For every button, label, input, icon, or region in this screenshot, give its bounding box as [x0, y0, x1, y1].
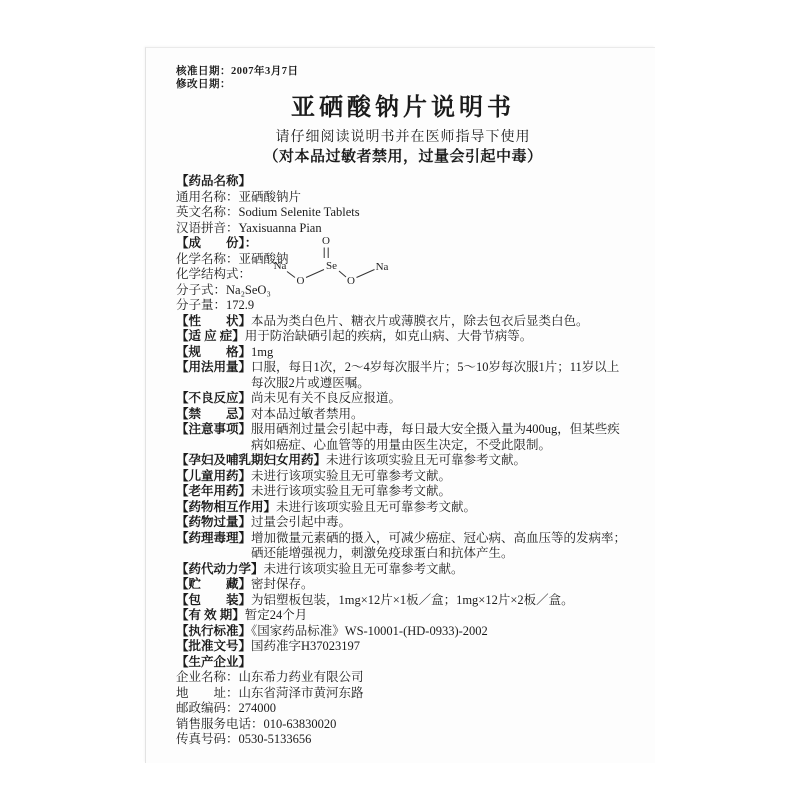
section-label: 【成 份】： [176, 236, 257, 250]
insert-entry: 通用名称：亚硒酸钠片 [176, 190, 630, 206]
insert-entry: 地 址：山东省菏泽市黄河东路 [176, 686, 630, 702]
insert-entry: 【用法用量】口服，每日1次，2～4岁每次服半片；5～10岁每次服1片；11岁以上… [176, 360, 630, 391]
usage-instruction: 请仔细阅读说明书并在医师指导下使用 [176, 129, 630, 147]
section-label: 【贮 藏】 [176, 577, 251, 591]
section-text: 邮政编码：274000 [176, 701, 276, 715]
insert-entry: 【药物相互作用】未进行该项实验且无可靠参考文献。 [176, 500, 630, 516]
section-text: 化学结构式： [176, 267, 251, 281]
section-label: 【用法用量】 [176, 360, 251, 374]
insert-entry: 【禁 忌】对本品过敏者禁用。 [176, 407, 630, 423]
section-label: 【禁 忌】 [176, 407, 251, 421]
insert-entry: 邮政编码：274000 [176, 701, 630, 717]
section-text: 暂定24个月 [245, 608, 308, 622]
atom-o-left: O [297, 275, 305, 287]
section-text: 口服，每日1次，2～4岁每次服半片；5～10岁每次服1片；11岁以上每次服2片或… [251, 360, 619, 390]
screenshot-root: { "colors": { "ink": "#1b1b1b", "page_bg… [0, 0, 800, 800]
section-label: 【有 效 期】 [176, 608, 245, 622]
atom-na-left: Na [274, 260, 287, 272]
atom-se: Se [326, 260, 337, 272]
section-text: 未进行该项实验且无可靠参考文献。 [251, 469, 451, 483]
insert-entry: 传真号码：0530-5133656 [176, 732, 630, 748]
section-text: 传真号码：0530-5133656 [176, 732, 311, 746]
section-text: 过量会引起中毒。 [251, 515, 351, 529]
insert-entry: 【药代动力学】未进行该项实验且无可靠参考文献。 [176, 562, 630, 578]
section-label: 【批准文号】 [176, 639, 251, 653]
allergy-warning: （对本品过敏者禁用，过量会引起中毒） [176, 147, 630, 167]
atom-o-top: O [322, 235, 330, 247]
section-text: 对本品过敏者禁用。 [251, 407, 364, 421]
section-label: 【药物相互作用】 [176, 500, 276, 514]
section-text: 未进行该项实验且无可靠参考文献。 [264, 562, 464, 576]
section-text: 增加微量元素硒的摄入，可减少癌症、冠心病、高血压等的发病率；硒还能增强视力，刺激… [251, 531, 626, 561]
bond-se-o-right [339, 271, 346, 277]
insert-entry: 【不良反应】尚未见有关不良反应报道。 [176, 391, 630, 407]
date-block: 核准日期：2007年3月7日 修改日期： [176, 66, 630, 91]
section-text: 用于防治缺硒引起的疾病，如克山病、大骨节病等。 [245, 329, 533, 343]
section-text: 分子量：172.9 [176, 298, 254, 312]
insert-entry: 【性 状】本品为类白色片、糖衣片或薄膜衣片，除去包衣后显类白色。 [176, 314, 630, 330]
section-text: 服用硒剂过量会引起中毒，每日最大安全摄入量为400ug，但某些疾病如癌症、心血管… [251, 422, 620, 452]
bond-o-right-na [357, 270, 375, 278]
section-label: 【不良反应】 [176, 391, 251, 405]
section-label: 【老年用药】 [176, 484, 251, 498]
insert-entry: 英文名称：Sodium Selenite Tablets [176, 205, 630, 221]
section-label: 【孕妇及哺乳期妇女用药】 [176, 453, 326, 467]
section-text: 国药准字H37023197 [251, 639, 360, 653]
section-text: 分子式：Na₂SeO₃ [176, 283, 271, 297]
insert-entry: 分子量：172.9 [176, 298, 630, 314]
section-label: 【药代动力学】 [176, 562, 264, 576]
insert-entry: 【有 效 期】暂定24个月 [176, 608, 630, 624]
section-text: 未进行该项实验且无可靠参考文献。 [276, 500, 476, 514]
insert-entry: 【药理毒理】增加微量元素硒的摄入，可减少癌症、冠心病、高血压等的发病率；硒还能增… [176, 531, 630, 562]
section-label: 【适 应 症】 [176, 329, 245, 343]
page-title: 亚硒酸钠片说明书 [176, 95, 630, 121]
insert-entry: 【生产企业】 [176, 655, 630, 671]
section-label: 【注意事项】 [176, 422, 251, 436]
section-text: 1mg [251, 345, 273, 359]
insert-entry: 【儿童用药】未进行该项实验且无可靠参考文献。 [176, 469, 630, 485]
section-label: 【药品名称】 [176, 174, 251, 188]
atom-na-right: Na [376, 261, 389, 273]
section-text: 本品为类白色片、糖衣片或薄膜衣片，除去包衣后显类白色。 [251, 314, 589, 328]
section-text: 《国家药品标准》WS-10001-(HD-0933)-2002 [251, 624, 488, 638]
insert-entry: 【执行标准】《国家药品标准》WS-10001-(HD-0933)-2002 [176, 624, 630, 640]
insert-entry: 【注意事项】服用硒剂过量会引起中毒，每日最大安全摄入量为400ug，但某些疾病如… [176, 422, 630, 453]
section-label: 【药理毒理】 [176, 531, 251, 545]
insert-page: 核准日期：2007年3月7日 修改日期： 亚硒酸钠片说明书 请仔细阅读说明书并在… [145, 47, 655, 763]
insert-entry: 【药品名称】 [176, 174, 630, 190]
section-text: 英文名称：Sodium Selenite Tablets [176, 205, 360, 219]
insert-entry: 销售服务电话：010-63830020 [176, 717, 630, 733]
atom-o-right: O [347, 275, 355, 287]
section-label: 【规 格】 [176, 345, 251, 359]
insert-entry: 【包 装】为铝塑板包装，1mg×12片×1板／盒；1mg×12片×2板／盒。 [176, 593, 630, 609]
insert-entry: 【药物过量】过量会引起中毒。 [176, 515, 630, 531]
insert-entry: 【适 应 症】用于防治缺硒引起的疾病，如克山病、大骨节病等。 [176, 329, 630, 345]
section-text: 为铝塑板包装，1mg×12片×1板／盒；1mg×12片×2板／盒。 [251, 593, 574, 607]
bond-o-left-se [306, 270, 324, 278]
section-text: 销售服务电话：010-63830020 [176, 717, 336, 731]
section-text: 企业名称：山东希力药业有限公司 [176, 670, 364, 684]
approval-date: 核准日期：2007年3月7日 [176, 66, 630, 79]
insert-entry: 【老年用药】未进行该项实验且无可靠参考文献。 [176, 484, 630, 500]
bond-na-left-o [287, 272, 295, 278]
section-label: 【生产企业】 [176, 655, 251, 669]
section-text: 通用名称：亚硒酸钠片 [176, 190, 301, 204]
chemical-structure-diagram: O Se Na O O Na [264, 231, 414, 293]
insert-entry: 企业名称：山东希力药业有限公司 [176, 670, 630, 686]
section-text: 地 址：山东省菏泽市黄河东路 [176, 686, 364, 700]
section-text: 未进行该项实验且无可靠参考文献。 [251, 484, 451, 498]
section-label: 【性 状】 [176, 314, 251, 328]
insert-entry: 【孕妇及哺乳期妇女用药】未进行该项实验且无可靠参考文献。 [176, 453, 630, 469]
section-label: 【执行标准】 [176, 624, 251, 638]
section-text: 未进行该项实验且无可靠参考文献。 [326, 453, 526, 467]
section-text: 尚未见有关不良反应报道。 [251, 391, 401, 405]
insert-entry: 【贮 藏】密封保存。 [176, 577, 630, 593]
section-label: 【包 装】 [176, 593, 251, 607]
insert-entry: 【规 格】1mg [176, 345, 630, 361]
revision-date: 修改日期： [176, 79, 630, 92]
insert-entry: 【批准文号】国药准字H37023197 [176, 639, 630, 655]
section-label: 【儿童用药】 [176, 469, 251, 483]
section-label: 【药物过量】 [176, 515, 251, 529]
section-text: 密封保存。 [251, 577, 314, 591]
